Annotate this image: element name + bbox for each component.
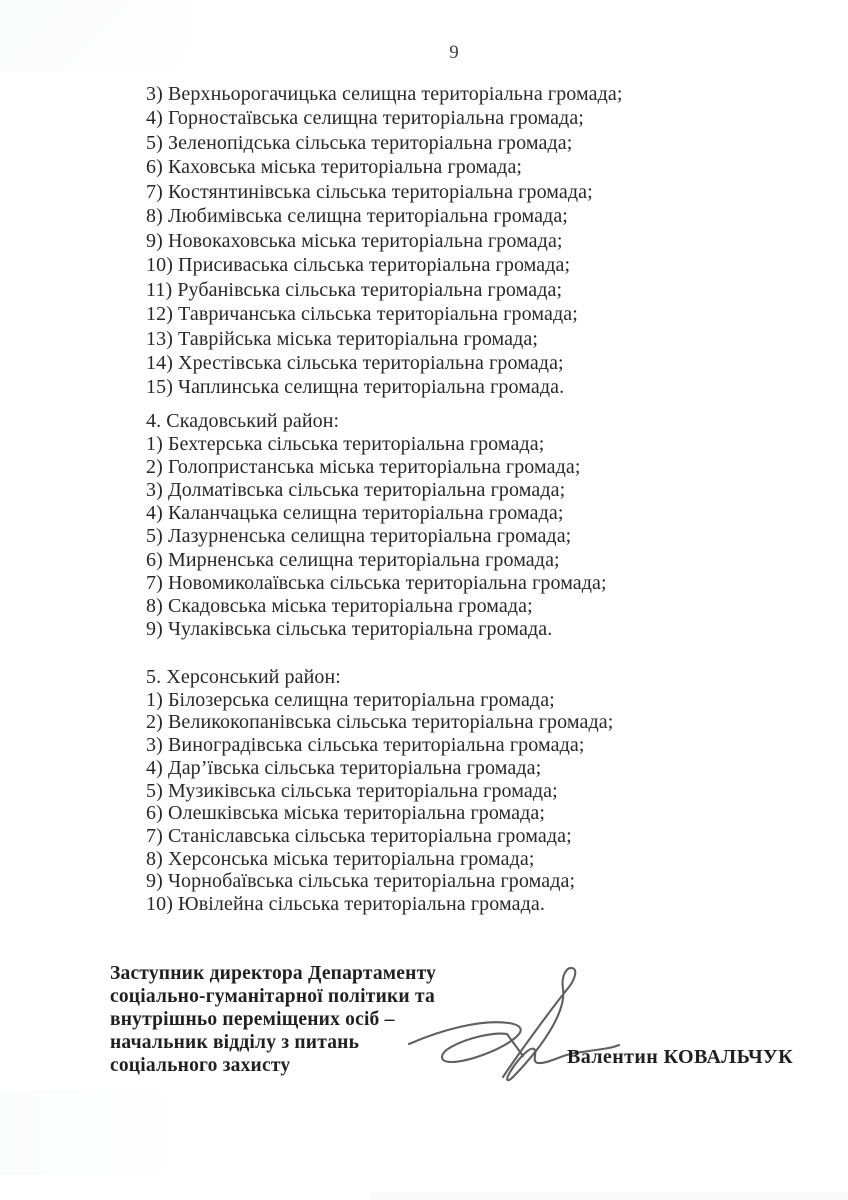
- document-page: 9 3) Верхньорогачицька селищна територіа…: [0, 0, 848, 1200]
- list-item: 1) Білозерська селищна територіальна гро…: [146, 689, 613, 712]
- list-item: 13) Таврійська міська територіальна гром…: [146, 327, 623, 351]
- list-item: 6) Мирненська селищна територіальна гром…: [146, 549, 607, 572]
- list-item: 14) Хрестівська сільська територіальна г…: [146, 351, 623, 375]
- list-item: 10) Присиваська сільська територіальна г…: [146, 253, 623, 277]
- section-heading: 5. Херсонський район:: [146, 666, 613, 689]
- list-item: 9) Новокаховська міська територіальна гр…: [146, 229, 623, 253]
- list-item: 2) Голопристанська міська територіальна …: [146, 456, 607, 479]
- list-item: 6) Каховська міська територіальна громад…: [146, 155, 623, 179]
- list-item: 7) Новомиколаївська сільська територіаль…: [146, 572, 607, 595]
- list-item: 8) Скадовська міська територіальна грома…: [146, 595, 607, 618]
- list-item: 7) Костянтинівська сільська територіальн…: [146, 180, 623, 204]
- list-item: 3) Верхньорогачицька селищна територіаль…: [146, 82, 623, 106]
- list-item: 12) Тавричанська сільська територіальна …: [146, 302, 623, 326]
- scan-artifact-top-left: [0, 0, 190, 72]
- scan-artifact-bottom-bar: [370, 1192, 848, 1200]
- list-item: 4) Каланчацька селищна територіальна гро…: [146, 502, 607, 525]
- list-skadovskyi-communities: 1) Бехтерська сільська територіальна гро…: [146, 433, 607, 641]
- list-item: 9) Чорнобаївська сільська територіальна …: [146, 870, 613, 893]
- list-item: 5) Зеленопідська сільська територіальна …: [146, 131, 623, 155]
- list-item: 8) Херсонська міська територіальна грома…: [146, 848, 613, 871]
- handwritten-signature-icon: [403, 946, 628, 1101]
- list-item: 9) Чулаківська сільська територіальна гр…: [146, 618, 607, 641]
- section-skadovskyi: 4. Скадовський район: 1) Бехтерська сіль…: [146, 410, 607, 641]
- section-heading: 4. Скадовський район:: [146, 410, 607, 433]
- list-continued-communities: 3) Верхньорогачицька селищна територіаль…: [146, 82, 623, 400]
- list-item: 10) Ювілейна сільська територіальна гром…: [146, 893, 613, 916]
- list-item: 5) Лазурненська селищна територіальна гр…: [146, 525, 607, 548]
- list-item: 4) Дар’ївська сільська територіальна гро…: [146, 757, 613, 780]
- list-item: 3) Долматівська сільська територіальна г…: [146, 479, 607, 502]
- signee-name: Валентин КОВАЛЬЧУК: [567, 1046, 793, 1069]
- list-item: 1) Бехтерська сільська територіальна гро…: [146, 433, 607, 456]
- list-item: 6) Олешківська міська територіальна гром…: [146, 802, 613, 825]
- section-khersonskyi: 5. Херсонський район: 1) Білозерська сел…: [146, 666, 613, 916]
- scan-artifact-bottom-left: [0, 1090, 190, 1175]
- list-item: 7) Станіславська сільська територіальна …: [146, 825, 613, 848]
- list-item: 15) Чаплинська селищна територіальна гро…: [146, 375, 623, 399]
- list-khersonskyi-communities: 1) Білозерська селищна територіальна гро…: [146, 689, 613, 916]
- list-item: 5) Музиківська сільська територіальна гр…: [146, 780, 613, 803]
- page-number: 9: [394, 42, 514, 64]
- list-item: 11) Рубанівська сільська територіальна г…: [146, 278, 623, 302]
- list-item: 2) Великокопанівська сільська територіал…: [146, 711, 613, 734]
- list-item: 3) Виноградівська сільська територіальна…: [146, 734, 613, 757]
- list-item: 4) Горностаївська селищна територіальна …: [146, 106, 623, 130]
- list-item: 8) Любимівська селищна територіальна гро…: [146, 204, 623, 228]
